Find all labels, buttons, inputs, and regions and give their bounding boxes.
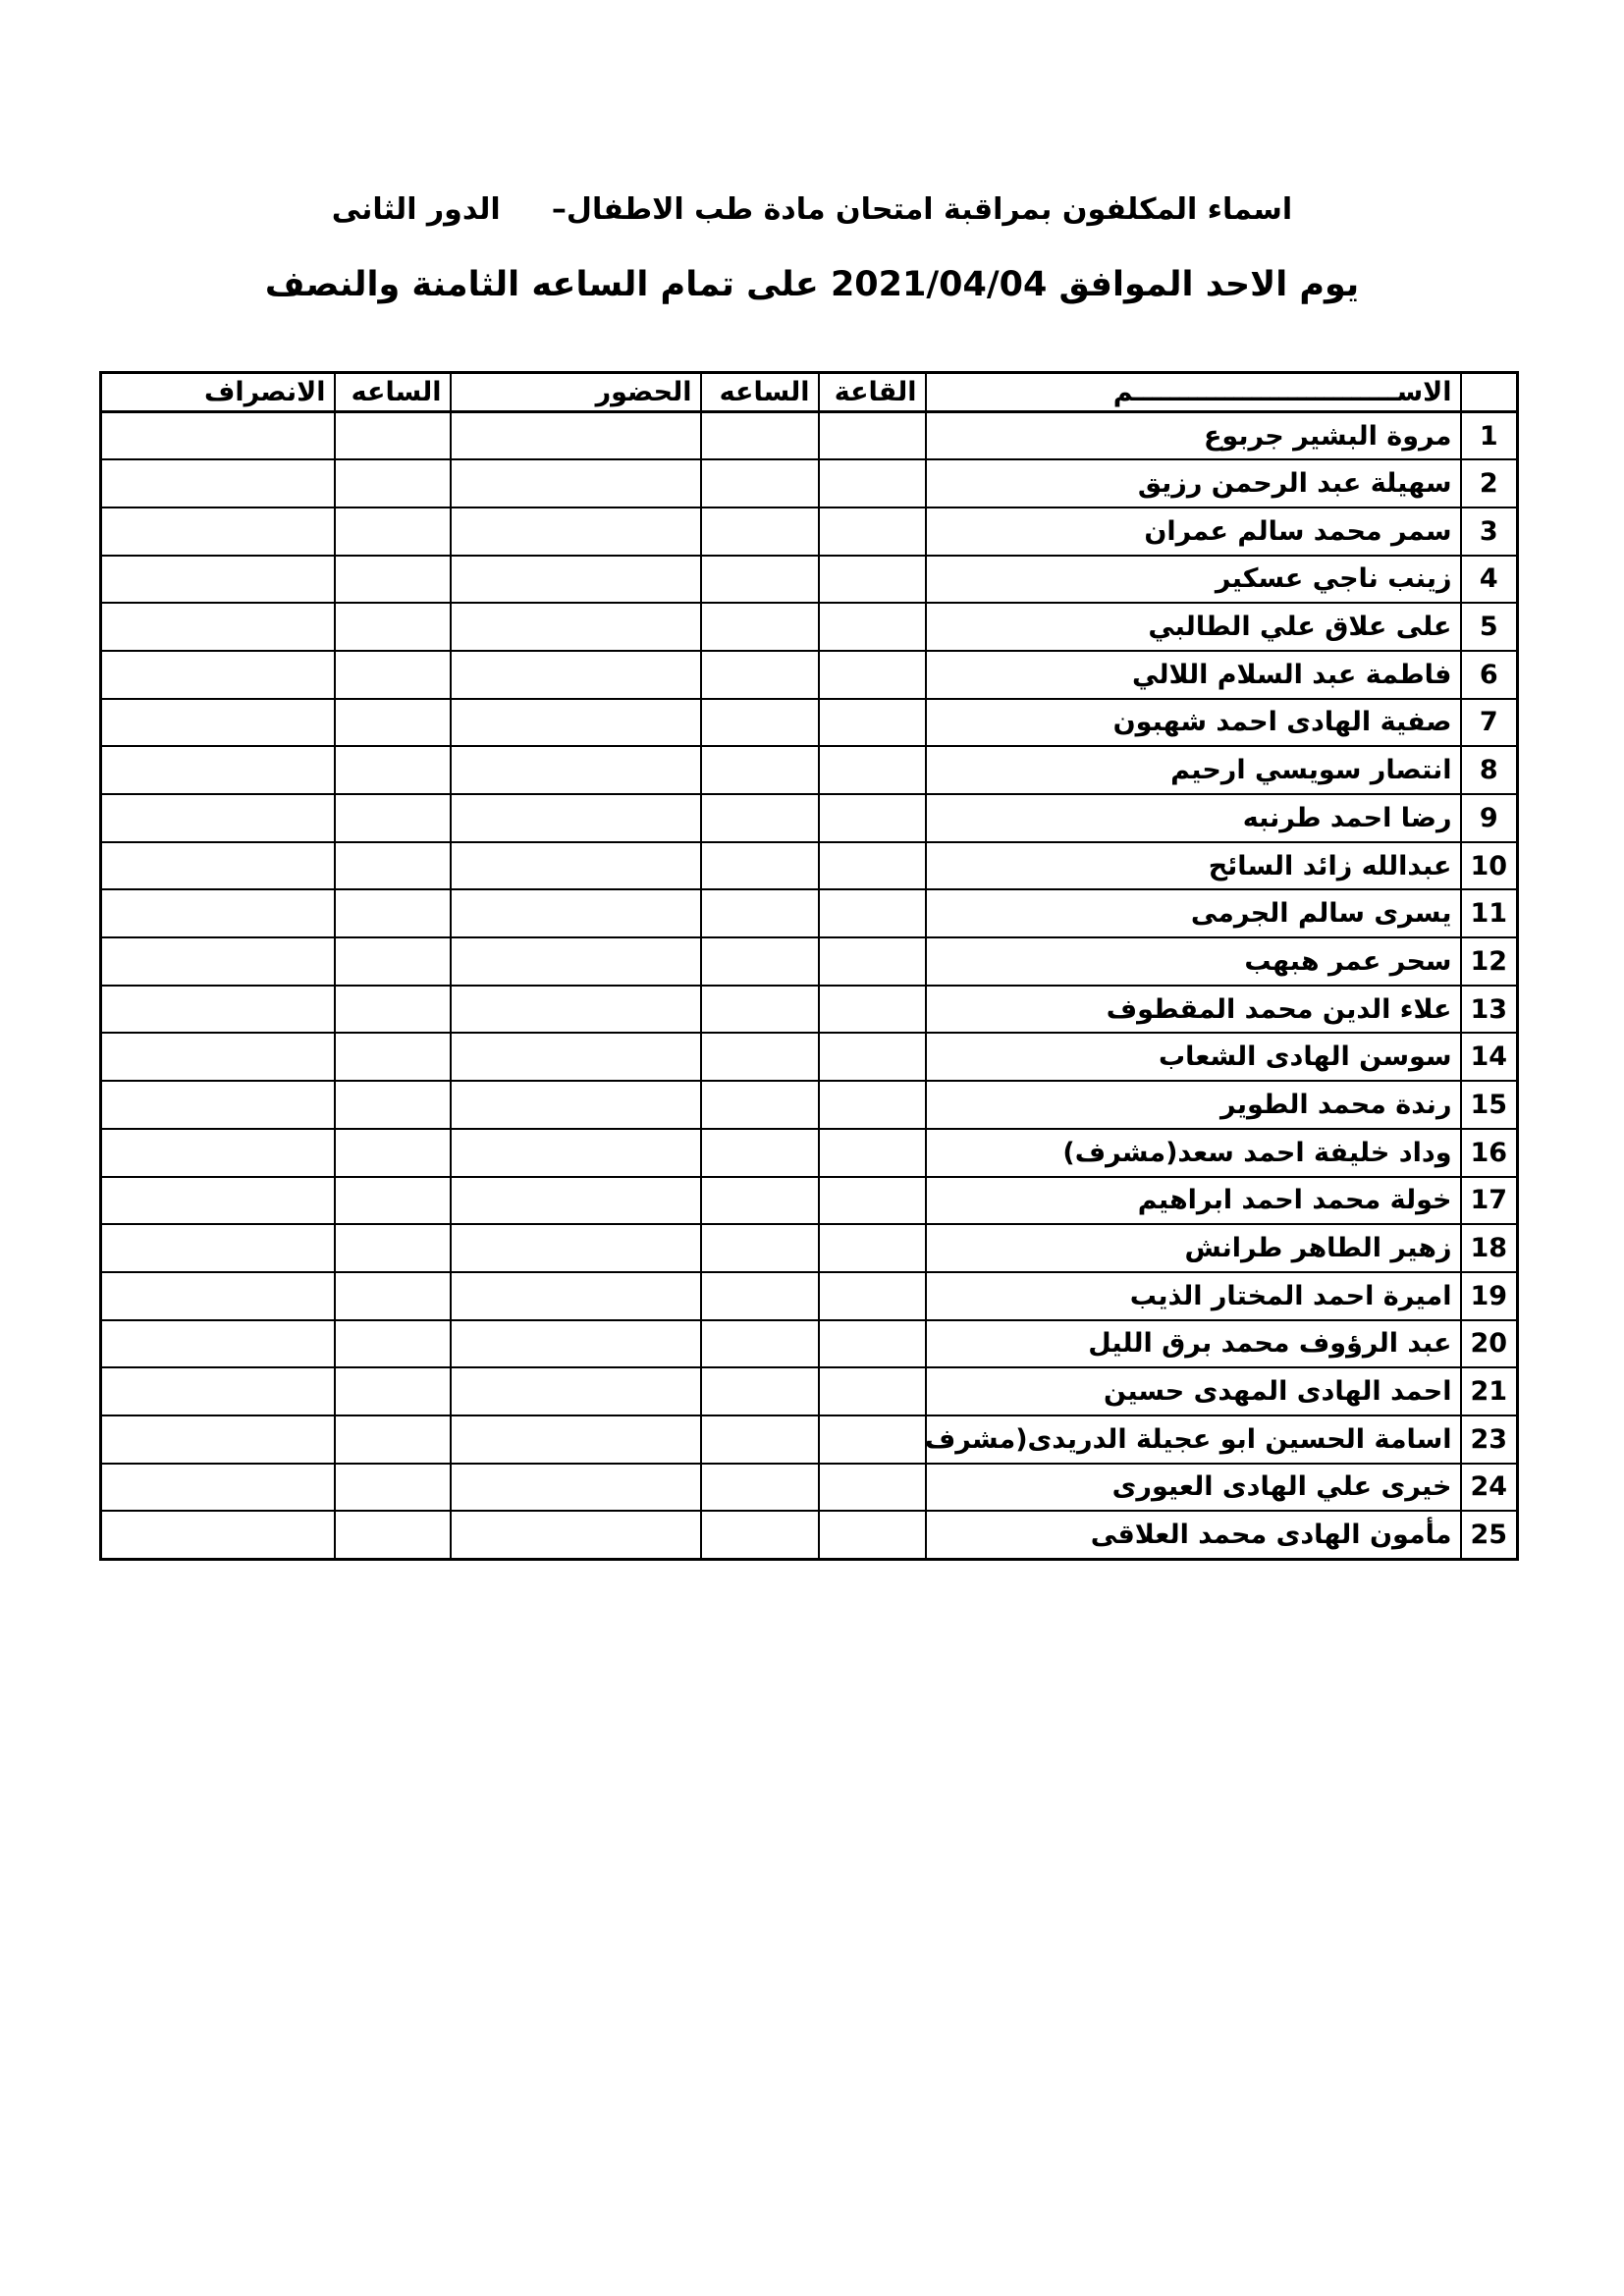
time-out-cell bbox=[335, 1415, 451, 1464]
attendance-cell bbox=[451, 603, 701, 651]
row-name: سهيلة عبد الرحمن رزيق bbox=[926, 459, 1461, 507]
roster-table-body: 1 مروة البشير جربوع 2 سهيلة عبد الرحمن ر… bbox=[101, 412, 1518, 1560]
time-out-cell bbox=[335, 1081, 451, 1129]
time-out-cell bbox=[335, 842, 451, 890]
table-row: 21 احمد الهادى المهدى حسين bbox=[101, 1367, 1518, 1415]
departure-cell bbox=[101, 1272, 335, 1320]
header-departure: الانصراف bbox=[101, 373, 335, 412]
departure-cell bbox=[101, 1177, 335, 1225]
table-row: 5 على علاق علي الطالبي bbox=[101, 603, 1518, 651]
attendance-cell bbox=[451, 986, 701, 1034]
row-name: يسرى سالم الجرمى bbox=[926, 889, 1461, 937]
row-number: 14 bbox=[1461, 1033, 1518, 1081]
row-name: عبدالله زائد السائح bbox=[926, 842, 1461, 890]
time-in-cell bbox=[701, 507, 819, 556]
table-row: 17 خولة محمد احمد ابراهيم bbox=[101, 1177, 1518, 1225]
departure-cell bbox=[101, 651, 335, 699]
row-name: مروة البشير جربوع bbox=[926, 412, 1461, 460]
table-row: 15 رندة محمد الطوير bbox=[101, 1081, 1518, 1129]
hall-cell bbox=[819, 1033, 926, 1081]
row-number: 3 bbox=[1461, 507, 1518, 556]
time-in-cell bbox=[701, 1177, 819, 1225]
departure-cell bbox=[101, 1033, 335, 1081]
table-row: 4 زينب ناجي عسكير bbox=[101, 556, 1518, 604]
table-row: 23 اسامة الحسين ابو عجيلة الدريدى(مشرف) bbox=[101, 1415, 1518, 1464]
hall-cell bbox=[819, 1129, 926, 1177]
attendance-cell bbox=[451, 842, 701, 890]
row-number: 9 bbox=[1461, 794, 1518, 842]
time-in-cell bbox=[701, 1464, 819, 1512]
row-number: 8 bbox=[1461, 746, 1518, 794]
header-hall: القاعة bbox=[819, 373, 926, 412]
row-name: علاء الدين محمد المقطوف bbox=[926, 986, 1461, 1034]
table-header-row: الاســـــــــــــــــــــــــــــم القاع… bbox=[101, 373, 1518, 412]
time-out-cell bbox=[335, 507, 451, 556]
departure-cell bbox=[101, 1129, 335, 1177]
departure-cell bbox=[101, 986, 335, 1034]
attendance-cell bbox=[451, 794, 701, 842]
header-time-in: الساعه bbox=[701, 373, 819, 412]
row-name: سحر عمر هبهب bbox=[926, 937, 1461, 986]
departure-cell bbox=[101, 937, 335, 986]
time-out-cell bbox=[335, 937, 451, 986]
time-in-cell bbox=[701, 1367, 819, 1415]
time-in-cell bbox=[701, 412, 819, 460]
table-row: 19 اميرة احمد المختار الذيب bbox=[101, 1272, 1518, 1320]
row-name: زهير الطاهر طرانش bbox=[926, 1224, 1461, 1272]
hall-cell bbox=[819, 1320, 926, 1368]
row-number: 10 bbox=[1461, 842, 1518, 890]
row-name: صفية الهادى احمد شهبون bbox=[926, 699, 1461, 747]
row-number: 21 bbox=[1461, 1367, 1518, 1415]
departure-cell bbox=[101, 459, 335, 507]
time-out-cell bbox=[335, 1033, 451, 1081]
time-in-cell bbox=[701, 842, 819, 890]
departure-cell bbox=[101, 1367, 335, 1415]
time-out-cell bbox=[335, 794, 451, 842]
row-name: زينب ناجي عسكير bbox=[926, 556, 1461, 604]
time-in-cell bbox=[701, 1129, 819, 1177]
departure-cell bbox=[101, 1464, 335, 1512]
hall-cell bbox=[819, 603, 926, 651]
row-number: 7 bbox=[1461, 699, 1518, 747]
time-out-cell bbox=[335, 1177, 451, 1225]
table-row: 1 مروة البشير جربوع bbox=[101, 412, 1518, 460]
time-out-cell bbox=[335, 699, 451, 747]
attendance-cell bbox=[451, 1129, 701, 1177]
table-row: 10 عبدالله زائد السائح bbox=[101, 842, 1518, 890]
document-title-line1: اسماء المكلفون بمراقبة امتحان مادة طب ال… bbox=[59, 188, 1565, 232]
attendance-cell bbox=[451, 459, 701, 507]
row-number: 12 bbox=[1461, 937, 1518, 986]
row-number: 6 bbox=[1461, 651, 1518, 699]
table-row: 14 سوسن الهادى الشعاب bbox=[101, 1033, 1518, 1081]
departure-cell bbox=[101, 842, 335, 890]
attendance-cell bbox=[451, 1464, 701, 1512]
hall-cell bbox=[819, 1367, 926, 1415]
row-name: انتصار سويسي ارحيم bbox=[926, 746, 1461, 794]
time-in-cell bbox=[701, 1033, 819, 1081]
table-row: 18 زهير الطاهر طرانش bbox=[101, 1224, 1518, 1272]
departure-cell bbox=[101, 1511, 335, 1559]
document-title-line2: يوم الاحد الموافق 2021/04/04 على تمام ال… bbox=[59, 259, 1565, 310]
attendance-cell bbox=[451, 1272, 701, 1320]
row-number: 20 bbox=[1461, 1320, 1518, 1368]
document-page: اسماء المكلفون بمراقبة امتحان مادة طب ال… bbox=[0, 0, 1624, 2296]
row-name: مأمون الهادى محمد العلاقى bbox=[926, 1511, 1461, 1559]
time-out-cell bbox=[335, 1464, 451, 1512]
row-name: اسامة الحسين ابو عجيلة الدريدى(مشرف) bbox=[926, 1415, 1461, 1464]
departure-cell bbox=[101, 746, 335, 794]
time-in-cell bbox=[701, 556, 819, 604]
time-in-cell bbox=[701, 794, 819, 842]
departure-cell bbox=[101, 603, 335, 651]
time-in-cell bbox=[701, 1511, 819, 1559]
attendance-cell bbox=[451, 412, 701, 460]
hall-cell bbox=[819, 556, 926, 604]
departure-cell bbox=[101, 412, 335, 460]
table-row: 8 انتصار سويسي ارحيم bbox=[101, 746, 1518, 794]
row-number: 17 bbox=[1461, 1177, 1518, 1225]
time-out-cell bbox=[335, 459, 451, 507]
attendance-cell bbox=[451, 1367, 701, 1415]
attendance-cell bbox=[451, 889, 701, 937]
row-name: خولة محمد احمد ابراهيم bbox=[926, 1177, 1461, 1225]
attendance-cell bbox=[451, 651, 701, 699]
row-name: وداد خليفة احمد سعد(مشرف) bbox=[926, 1129, 1461, 1177]
hall-cell bbox=[819, 651, 926, 699]
time-out-cell bbox=[335, 1511, 451, 1559]
time-out-cell bbox=[335, 746, 451, 794]
time-out-cell bbox=[335, 1129, 451, 1177]
row-number: 5 bbox=[1461, 603, 1518, 651]
time-out-cell bbox=[335, 1367, 451, 1415]
time-in-cell bbox=[701, 1415, 819, 1464]
row-number: 16 bbox=[1461, 1129, 1518, 1177]
time-in-cell bbox=[701, 459, 819, 507]
time-in-cell bbox=[701, 699, 819, 747]
table-row: 16 وداد خليفة احمد سعد(مشرف) bbox=[101, 1129, 1518, 1177]
hall-cell bbox=[819, 1177, 926, 1225]
row-number: 4 bbox=[1461, 556, 1518, 604]
departure-cell bbox=[101, 699, 335, 747]
attendance-cell bbox=[451, 1081, 701, 1129]
time-in-cell bbox=[701, 986, 819, 1034]
row-name: فاطمة عبد السلام اللالي bbox=[926, 651, 1461, 699]
header-time-out: الساعه bbox=[335, 373, 451, 412]
attendance-cell bbox=[451, 1320, 701, 1368]
attendance-cell bbox=[451, 1511, 701, 1559]
row-number: 18 bbox=[1461, 1224, 1518, 1272]
row-name: سوسن الهادى الشعاب bbox=[926, 1033, 1461, 1081]
hall-cell bbox=[819, 1081, 926, 1129]
departure-cell bbox=[101, 1224, 335, 1272]
attendance-cell bbox=[451, 699, 701, 747]
departure-cell bbox=[101, 507, 335, 556]
attendance-cell bbox=[451, 507, 701, 556]
hall-cell bbox=[819, 412, 926, 460]
row-name: سمر محمد سالم عمران bbox=[926, 507, 1461, 556]
hall-cell bbox=[819, 889, 926, 937]
hall-cell bbox=[819, 1464, 926, 1512]
time-out-cell bbox=[335, 412, 451, 460]
row-name: رضا احمد طرنبه bbox=[926, 794, 1461, 842]
time-in-cell bbox=[701, 1272, 819, 1320]
time-in-cell bbox=[701, 1081, 819, 1129]
row-name: احمد الهادى المهدى حسين bbox=[926, 1367, 1461, 1415]
row-number: 25 bbox=[1461, 1511, 1518, 1559]
hall-cell bbox=[819, 986, 926, 1034]
hall-cell bbox=[819, 459, 926, 507]
hall-cell bbox=[819, 507, 926, 556]
table-row: 24 خيرى علي الهادى العيورى bbox=[101, 1464, 1518, 1512]
header-attendance: الحضور bbox=[451, 373, 701, 412]
row-number: 2 bbox=[1461, 459, 1518, 507]
hall-cell bbox=[819, 1272, 926, 1320]
table-row: 20 عبد الرؤوف محمد برق الليل bbox=[101, 1320, 1518, 1368]
time-out-cell bbox=[335, 1272, 451, 1320]
departure-cell bbox=[101, 1415, 335, 1464]
time-in-cell bbox=[701, 889, 819, 937]
departure-cell bbox=[101, 794, 335, 842]
departure-cell bbox=[101, 1320, 335, 1368]
time-in-cell bbox=[701, 746, 819, 794]
row-number: 13 bbox=[1461, 986, 1518, 1034]
departure-cell bbox=[101, 556, 335, 604]
hall-cell bbox=[819, 1511, 926, 1559]
time-out-cell bbox=[335, 889, 451, 937]
table-row: 7 صفية الهادى احمد شهبون bbox=[101, 699, 1518, 747]
row-name: عبد الرؤوف محمد برق الليل bbox=[926, 1320, 1461, 1368]
hall-cell bbox=[819, 1224, 926, 1272]
attendance-cell bbox=[451, 1177, 701, 1225]
table-row: 9 رضا احمد طرنبه bbox=[101, 794, 1518, 842]
attendance-cell bbox=[451, 1415, 701, 1464]
time-out-cell bbox=[335, 986, 451, 1034]
time-out-cell bbox=[335, 651, 451, 699]
attendance-cell bbox=[451, 746, 701, 794]
hall-cell bbox=[819, 1415, 926, 1464]
row-number: 23 bbox=[1461, 1415, 1518, 1464]
table-row: 3 سمر محمد سالم عمران bbox=[101, 507, 1518, 556]
row-number: 19 bbox=[1461, 1272, 1518, 1320]
time-in-cell bbox=[701, 603, 819, 651]
row-name: على علاق علي الطالبي bbox=[926, 603, 1461, 651]
departure-cell bbox=[101, 1081, 335, 1129]
time-out-cell bbox=[335, 556, 451, 604]
row-name: خيرى علي الهادى العيورى bbox=[926, 1464, 1461, 1512]
table-row: 25 مأمون الهادى محمد العلاقى bbox=[101, 1511, 1518, 1559]
row-number: 1 bbox=[1461, 412, 1518, 460]
time-out-cell bbox=[335, 1320, 451, 1368]
table-row: 2 سهيلة عبد الرحمن رزيق bbox=[101, 459, 1518, 507]
attendance-cell bbox=[451, 937, 701, 986]
attendance-cell bbox=[451, 556, 701, 604]
time-in-cell bbox=[701, 1224, 819, 1272]
row-number: 24 bbox=[1461, 1464, 1518, 1512]
row-name: رندة محمد الطوير bbox=[926, 1081, 1461, 1129]
table-row: 13 علاء الدين محمد المقطوف bbox=[101, 986, 1518, 1034]
departure-cell bbox=[101, 889, 335, 937]
time-in-cell bbox=[701, 651, 819, 699]
hall-cell bbox=[819, 842, 926, 890]
row-number: 15 bbox=[1461, 1081, 1518, 1129]
hall-cell bbox=[819, 794, 926, 842]
table-row: 6 فاطمة عبد السلام اللالي bbox=[101, 651, 1518, 699]
hall-cell bbox=[819, 937, 926, 986]
time-out-cell bbox=[335, 1224, 451, 1272]
table-row: 11 يسرى سالم الجرمى bbox=[101, 889, 1518, 937]
attendance-cell bbox=[451, 1033, 701, 1081]
invigilators-roster-table: الاســـــــــــــــــــــــــــــم القاع… bbox=[99, 371, 1519, 1561]
hall-cell bbox=[819, 746, 926, 794]
time-in-cell bbox=[701, 1320, 819, 1368]
time-out-cell bbox=[335, 603, 451, 651]
row-number: 11 bbox=[1461, 889, 1518, 937]
row-name: اميرة احمد المختار الذيب bbox=[926, 1272, 1461, 1320]
attendance-cell bbox=[451, 1224, 701, 1272]
header-name: الاســـــــــــــــــــــــــــــم bbox=[926, 373, 1461, 412]
header-number bbox=[1461, 373, 1518, 412]
hall-cell bbox=[819, 699, 926, 747]
table-row: 12 سحر عمر هبهب bbox=[101, 937, 1518, 986]
time-in-cell bbox=[701, 937, 819, 986]
